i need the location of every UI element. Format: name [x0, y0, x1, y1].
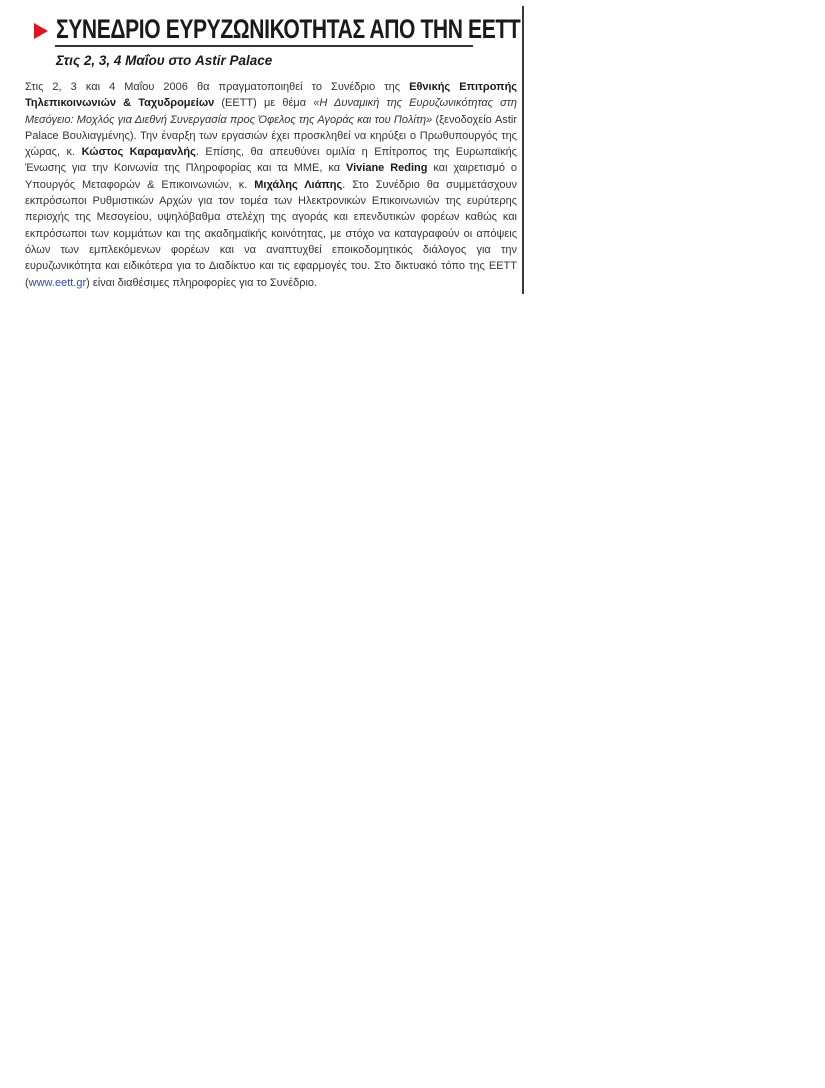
news-clipping: ΣΥΝΕΔΡΙΟ ΕΥΡΥΖΩΝΙΚΟΤΗΤΑΣ ΑΠΟ ΤΗΝ ΕΕΤΤ Στ… — [0, 0, 530, 300]
person-name: Κώστος Καραμανλής — [82, 146, 196, 158]
headline: ΣΥΝΕΔΡΙΟ ΕΥΡΥΖΩΝΙΚΟΤΗΤΑΣ ΑΠΟ ΤΗΝ ΕΕΤΤ — [34, 14, 651, 45]
person-name: Μιχάλης Λιάπης — [254, 179, 342, 191]
body-text: (ΕΕΤΤ) με θέμα — [214, 97, 313, 109]
red-arrow-icon — [34, 23, 48, 39]
headline-text: ΣΥΝΕΔΡΙΟ ΕΥΡΥΖΩΝΙΚΟΤΗΤΑΣ ΑΠΟ ΤΗΝ ΕΕΤΤ — [56, 14, 520, 45]
body-text: Στις 2, 3 και 4 Μαΐου 2006 θα πραγματοπο… — [25, 81, 409, 93]
body-text: . Στο Συνέδριο θα συμμετάσχουν εκπρόσωπο… — [25, 179, 517, 289]
person-name: Viviane Reding — [346, 162, 428, 174]
body-text: ) είναι διαθέσιμες πληροφορίες για το Συ… — [86, 277, 317, 289]
article-body: Στις 2, 3 και 4 Μαΐου 2006 θα πραγματοπο… — [25, 79, 517, 291]
column-divider — [522, 6, 524, 294]
subheadline: Στις 2, 3, 4 Μαΐου στο Astir Palace — [56, 53, 272, 68]
headline-underline — [55, 45, 473, 47]
website-link[interactable]: www.eett.gr — [29, 277, 86, 289]
